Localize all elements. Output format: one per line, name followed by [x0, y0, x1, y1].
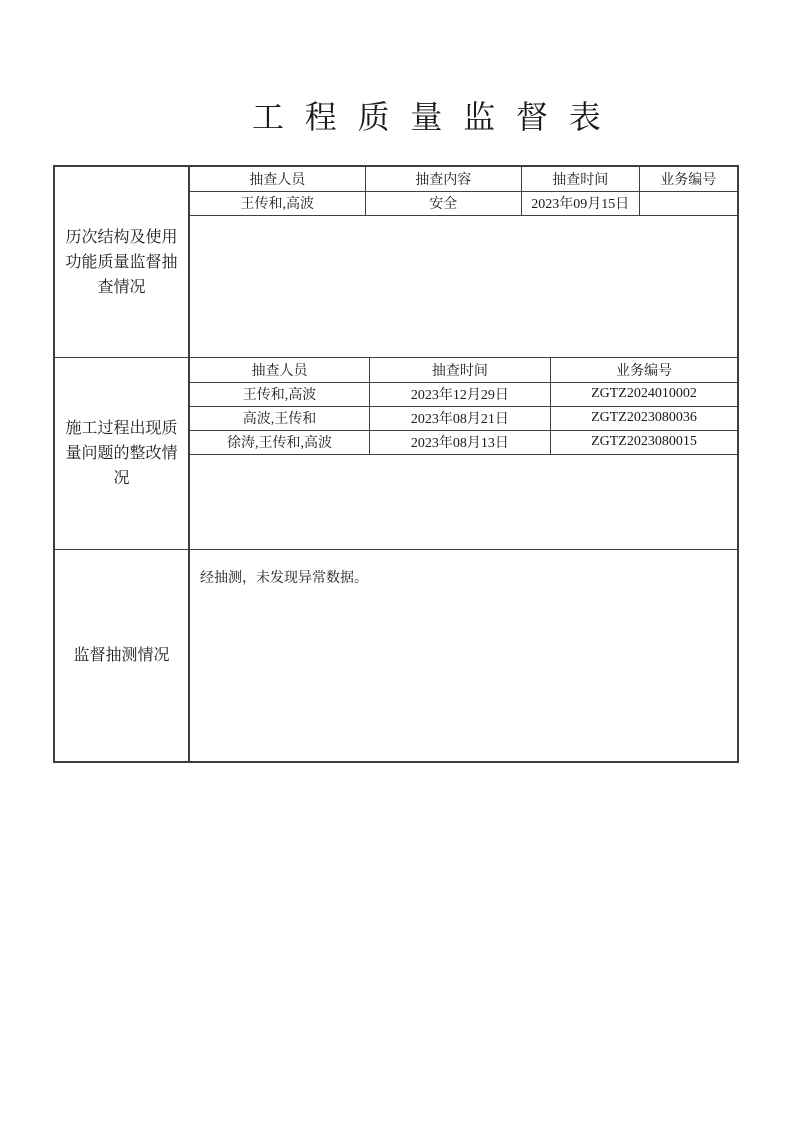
section-content-rectification: 抽查人员 抽查时间 业务编号 王传和,高波 2023年12月29日 ZGTZ20…: [190, 358, 737, 549]
cell-business-no: ZGTZ2024010002: [550, 382, 737, 406]
cell-content: 安全: [365, 191, 521, 215]
page-title: 工 程 质 量 监 督 表: [252, 92, 607, 138]
column-header-business-no: 业务编号: [550, 358, 737, 382]
empty-area: [190, 216, 737, 358]
section-label-history: 历次结构及使用功能质量监督抽查情况: [55, 167, 190, 357]
empty-area: [190, 588, 737, 761]
column-header-date: 抽查时间: [521, 167, 639, 191]
table-row: 高波,王传和 2023年08月21日 ZGTZ2023080036: [190, 406, 737, 430]
section-rectification: 施工过程出现质量问题的整改情况 抽查人员 抽查时间 业务编号: [55, 358, 737, 550]
header-row: 抽查人员 抽查时间 业务编号: [190, 358, 737, 382]
cell-inspectors: 高波,王传和: [190, 406, 369, 430]
cell-business-no: ZGTZ2023080015: [550, 430, 737, 454]
cell-date: 2023年08月13日: [369, 430, 550, 454]
empty-area: [190, 455, 737, 550]
section-sampling: 监督抽测情况 经抽测，未发现异常数据。: [55, 550, 737, 761]
rectification-table: 抽查人员 抽查时间 业务编号 王传和,高波 2023年12月29日 ZGTZ20…: [190, 358, 737, 455]
cell-inspectors: 王传和,高波: [190, 191, 365, 215]
cell-business-no: [639, 191, 737, 215]
header-row: 抽查人员 抽查内容 抽查时间 业务编号: [190, 167, 737, 191]
section-history-inspection: 历次结构及使用功能质量监督抽查情况 抽查人员 抽查内容 抽查时间 业务编号: [55, 167, 737, 358]
supervision-table: 历次结构及使用功能质量监督抽查情况 抽查人员 抽查内容 抽查时间 业务编号: [53, 165, 739, 763]
column-header-content: 抽查内容: [365, 167, 521, 191]
column-header-inspectors: 抽查人员: [190, 358, 369, 382]
column-header-date: 抽查时间: [369, 358, 550, 382]
column-header-inspectors: 抽查人员: [190, 167, 365, 191]
cell-date: 2023年08月21日: [369, 406, 550, 430]
table-row: 王传和,高波 2023年12月29日 ZGTZ2024010002: [190, 382, 737, 406]
table-row: 徐涛,王传和,高波 2023年08月13日 ZGTZ2023080015: [190, 430, 737, 454]
history-inspection-table: 抽查人员 抽查内容 抽查时间 业务编号 王传和,高波 安全 2023年09月15…: [190, 167, 737, 216]
cell-date: 2023年09月15日: [521, 191, 639, 215]
section-label-sampling: 监督抽测情况: [55, 550, 190, 761]
cell-business-no: ZGTZ2023080036: [550, 406, 737, 430]
section-content-history: 抽查人员 抽查内容 抽查时间 业务编号 王传和,高波 安全 2023年09月15…: [190, 167, 737, 357]
cell-date: 2023年12月29日: [369, 382, 550, 406]
section-label-rectification: 施工过程出现质量问题的整改情况: [55, 358, 190, 549]
column-header-business-no: 业务编号: [639, 167, 737, 191]
table-row: 王传和,高波 安全 2023年09月15日: [190, 191, 737, 215]
cell-inspectors: 王传和,高波: [190, 382, 369, 406]
document-page: 工 程 质 量 监 督 表 历次结构及使用功能质量监督抽查情况 抽查人员 抽查内…: [0, 0, 794, 1123]
cell-inspectors: 徐涛,王传和,高波: [190, 430, 369, 454]
sampling-note: 经抽测，未发现异常数据。: [190, 550, 737, 588]
section-content-sampling: 经抽测，未发现异常数据。: [190, 550, 737, 761]
